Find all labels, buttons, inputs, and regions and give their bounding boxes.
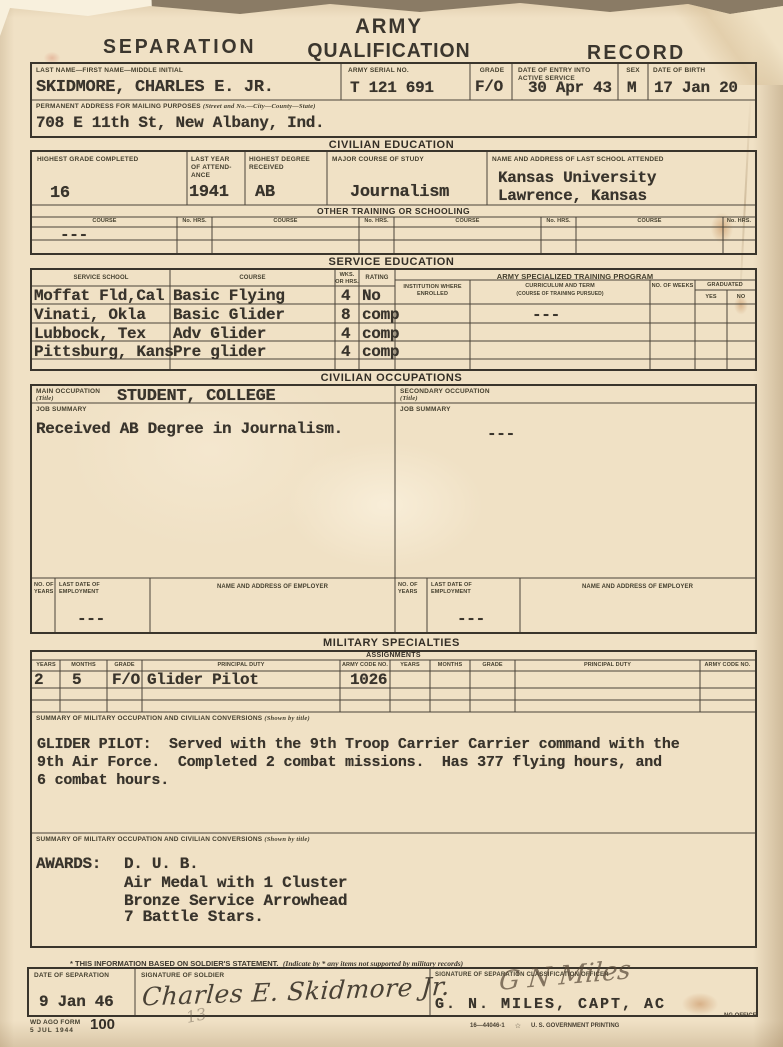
main-job-summary: Received AB Degree in Journalism. xyxy=(36,420,343,438)
main-occupation-title-paren: (Title) xyxy=(36,395,54,403)
form-id-line2: 5 JUL 1944 xyxy=(30,1027,74,1035)
course-header: COURSE xyxy=(170,275,335,283)
sex-value: M xyxy=(627,79,636,97)
weeks-header: NO. OF WEEKS xyxy=(650,283,695,290)
years-label: NO. OF YEARS xyxy=(398,582,426,596)
rating-cell: comp xyxy=(362,343,399,361)
officer-signature: G N Miles xyxy=(498,955,632,997)
print-code: 16—44046-1 xyxy=(470,1023,505,1029)
grade-label: GRADE xyxy=(472,67,512,75)
summary-label: SUMMARY OF MILITARY OCCUPATION AND CIVIL… xyxy=(36,715,310,723)
job-summary-label: JOB SUMMARY xyxy=(36,406,87,414)
employer-label: NAME AND ADDRESS OF EMPLOYER xyxy=(150,584,395,592)
service-school-cell: Pittsburg, Kans xyxy=(34,343,174,361)
hrs-header: No. HRS. xyxy=(359,218,394,225)
highest-degree-label: HIGHEST DEGREE RECEIVED xyxy=(249,156,315,172)
date-of-separation-label: DATE OF SEPARATION xyxy=(34,972,109,980)
school-line1: Kansas University xyxy=(498,169,656,187)
years-cell: 2 xyxy=(34,671,43,689)
last-date-label: LAST DATE OF EMPLOYMENT xyxy=(59,582,121,596)
assignments-header: ASSIGNMENTS xyxy=(32,652,755,659)
heading-army: ARMY xyxy=(292,15,486,39)
graduated-header: GRADUATED xyxy=(695,282,755,289)
months-header: MONTHS xyxy=(60,662,107,669)
officer-typed-name: G. N. MILES, CAPT, AC xyxy=(435,996,666,1013)
civilian-education-section: HIGHEST GRADE COMPLETED 16 LAST YEAR OF … xyxy=(30,150,757,255)
months-cell: 5 xyxy=(72,671,81,689)
months-header: MONTHS xyxy=(430,662,470,669)
identification-section: LAST NAME—FIRST NAME—MIDDLE INITIAL SKID… xyxy=(30,62,757,138)
rating-cell: comp xyxy=(362,325,399,343)
scanned-form: SEPARATION ARMY QUALIFICATION RECORD LAS… xyxy=(0,0,783,1047)
awards-line: D. U. B. xyxy=(124,855,198,873)
serial-value: T 121 691 xyxy=(350,79,434,97)
principal-duty-header: PRINCIPAL DUTY xyxy=(515,662,700,669)
hrs-header: No. HRS. xyxy=(541,218,576,225)
astp-header: ARMY SPECIALIZED TRAINING PROGRAM xyxy=(395,272,755,281)
edge-fragment: NG OFFICE xyxy=(724,1013,757,1019)
course-header: COURSE xyxy=(32,218,177,225)
awards-line: 7 Battle Stars. xyxy=(124,908,264,926)
major-course-value: Journalism xyxy=(350,183,449,202)
army-code-header: ARMY CODE NO. xyxy=(340,662,390,669)
military-specialties-section: ASSIGNMENTS YEARS MONTHS GRADE PRINCIPAL… xyxy=(30,650,757,948)
curriculum-header: CURRICULUM AND TERM xyxy=(470,283,650,290)
institution-header: INSTITUTION WHERE ENROLLED xyxy=(397,284,468,298)
rating-header: RATING xyxy=(359,275,395,283)
school-line2: Lawrence, Kansas xyxy=(498,187,647,205)
form-page: SEPARATION ARMY QUALIFICATION RECORD LAS… xyxy=(0,0,783,1047)
hrs-header: No. HRS. xyxy=(723,218,755,225)
service-school-cell: Lubbock, Tex xyxy=(34,325,146,343)
army-code-cell: 1026 xyxy=(350,671,387,689)
astp-dash: --- xyxy=(532,306,560,324)
civilian-occupations-section: MAIN OCCUPATION (Title) STUDENT, COLLEGE… xyxy=(30,384,757,634)
course-cell: Pre glider xyxy=(173,343,266,361)
employer-label: NAME AND ADDRESS OF EMPLOYER xyxy=(520,584,755,592)
secondary-job-summary: --- xyxy=(487,425,515,443)
service-school-cell: Moffat Fld,Cal xyxy=(34,287,164,305)
date-of-separation-value: 9 Jan 46 xyxy=(39,993,113,1011)
awards-line: Air Medal with 1 Cluster xyxy=(124,874,347,892)
wks-cell: 8 xyxy=(341,306,350,324)
birth-label: DATE OF BIRTH xyxy=(653,67,705,75)
course-header: COURSE xyxy=(212,218,359,225)
military-specialties-title: MILITARY SPECIALTIES xyxy=(0,637,783,649)
military-summary-text: GLIDER PILOT: Served with the 9th Troop … xyxy=(37,736,751,790)
last-year-value: 1941 xyxy=(189,183,229,202)
wks-cell: 4 xyxy=(341,287,350,305)
heading-qualification: QUALIFICATION xyxy=(292,40,486,63)
sex-label: SEX xyxy=(620,67,646,75)
last-date-label: LAST DATE OF EMPLOYMENT xyxy=(431,582,493,596)
employment-dash: --- xyxy=(457,610,485,628)
wks-header: WKS. OR HRS. xyxy=(335,272,359,286)
service-education-title: SERVICE EDUCATION xyxy=(0,256,783,268)
serial-label: ARMY SERIAL NO. xyxy=(348,67,409,75)
employment-dash: --- xyxy=(77,610,105,628)
summary-label: SUMMARY OF MILITARY OCCUPATION AND CIVIL… xyxy=(36,836,310,844)
service-school-header: SERVICE SCHOOL xyxy=(32,275,170,283)
soldier-signature-label: SIGNATURE OF SOLDIER xyxy=(141,972,224,980)
awards-label: AWARDS: xyxy=(36,855,101,873)
curriculum-subheader: (COURSE OF TRAINING PURSUED) xyxy=(470,291,650,297)
grade-header: GRADE xyxy=(107,662,142,669)
name-value: SKIDMORE, CHARLES E. JR. xyxy=(36,78,274,97)
hrs-header: No. HRS. xyxy=(177,218,212,225)
wks-cell: 4 xyxy=(341,343,350,361)
years-header: YEARS xyxy=(390,662,430,669)
other-training-dash: --- xyxy=(60,226,88,244)
civilian-occupations-title: CIVILIAN OCCUPATIONS xyxy=(0,372,783,384)
course-cell: Adv Glider xyxy=(173,325,266,343)
service-education-section: SERVICE SCHOOL COURSE WKS. OR HRS. RATIN… xyxy=(30,268,757,371)
major-course-label: MAJOR COURSE OF STUDY xyxy=(332,156,472,164)
rating-cell: No xyxy=(362,287,381,305)
job-summary-label: JOB SUMMARY xyxy=(400,406,451,414)
highest-degree-value: AB xyxy=(255,183,275,202)
address-value: 708 E 11th St, New Albany, Ind. xyxy=(36,114,324,132)
years-label: NO. OF YEARS xyxy=(32,582,55,596)
secondary-occupation-title-paren: (Title) xyxy=(400,395,418,403)
principal-duty-header: PRINCIPAL DUTY xyxy=(142,662,340,669)
course-header: COURSE xyxy=(394,218,541,225)
principal-duty-cell: Glider Pilot xyxy=(147,671,259,689)
print-office: U. S. GOVERNMENT PRINTING xyxy=(531,1023,619,1029)
army-code-header: ARMY CODE NO. xyxy=(700,662,755,669)
school-label: NAME AND ADDRESS OF LAST SCHOOL ATTENDED xyxy=(492,156,742,164)
grade-value: F/O xyxy=(475,78,503,96)
signature-section: DATE OF SEPARATION 9 Jan 46 SIGNATURE OF… xyxy=(27,967,758,1017)
form-id-line1: WD AGO FORM xyxy=(30,1019,80,1027)
address-label: PERMANENT ADDRESS FOR MAILING PURPOSES (… xyxy=(36,103,316,111)
main-occupation-value: STUDENT, COLLEGE xyxy=(117,387,275,406)
highest-grade-value: 16 xyxy=(50,184,70,203)
grade-cell: F/O xyxy=(112,671,140,689)
service-school-cell: Vinati, Okla xyxy=(34,306,146,324)
name-label: LAST NAME—FIRST NAME—MIDDLE INITIAL xyxy=(36,67,183,75)
graduated-yes-header: YES xyxy=(695,294,727,301)
wks-cell: 4 xyxy=(341,325,350,343)
heading-separation: SEPARATION xyxy=(103,36,256,59)
grade-header: GRADE xyxy=(470,662,515,669)
star-icon: ☆ xyxy=(515,1022,521,1030)
pencil-note: 13 xyxy=(184,1004,208,1027)
course-header: COURSE xyxy=(576,218,723,225)
highest-grade-label: HIGHEST GRADE COMPLETED xyxy=(37,156,157,164)
entry-value: 30 Apr 43 xyxy=(528,79,612,97)
birth-value: 17 Jan 20 xyxy=(654,79,738,97)
rating-cell: comp xyxy=(362,306,399,324)
last-year-label: LAST YEAR OF ATTEND-ANCE xyxy=(191,156,237,179)
form-number: 100 xyxy=(90,1016,115,1033)
course-cell: Basic Glider xyxy=(173,306,285,324)
other-training-title: OTHER TRAINING OR SCHOOLING xyxy=(32,206,755,216)
print-info: 16—44046-1 ☆ U. S. GOVERNMENT PRINTING xyxy=(470,1022,619,1030)
course-cell: Basic Flying xyxy=(173,287,285,305)
graduated-no-header: NO xyxy=(727,294,755,301)
years-header: YEARS xyxy=(32,662,60,669)
